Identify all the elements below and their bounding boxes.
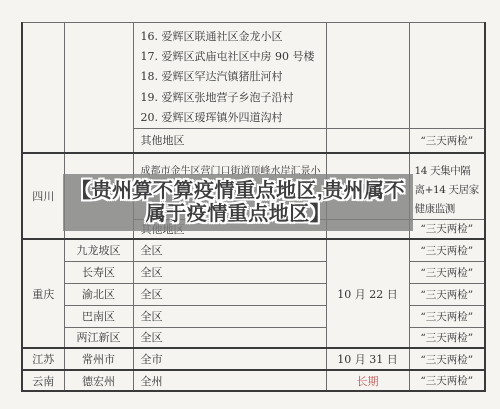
risk-area-cell: 全区 [133,327,326,348]
city-cell: 德宏州 [64,370,133,391]
risk-area-cell: 全区 [133,305,326,327]
measure-cell: “三天两检” [409,283,485,305]
screenshot-root: 16. 爱辉区联通社区金龙小区 17. 爱辉区武庙屯社区中房 90 号楼 18.… [0,0,500,409]
date-cell-empty [326,23,409,129]
caption-line-2: 属于疫情重点地区】 [146,203,331,226]
risk-area-item: 16. 爱辉区联通社区金龙小区 [141,27,323,47]
city-cell: 九龙坡区 [64,239,133,261]
province-cell-sichuan: 四川 [22,153,64,240]
measure-cell: “三天两检” [409,348,485,370]
city-cell: 常州市 [64,348,133,370]
measure-cell: “三天两检” [409,305,485,327]
measure-cell-quarantine: 14 天集中隔离+14 天居家健康监测 [409,153,485,220]
city-cell: 渝北区 [64,283,133,305]
risk-area-cell: 全市 [133,348,326,370]
city-cell: 长寿区 [64,261,133,283]
risk-area-cell: 全区 [133,283,326,305]
risk-area-item: 19. 爱辉区张地营子乡泡子沿村 [141,88,323,108]
risk-area-cell: 全州 [133,370,326,391]
measure-cell: “三天两检” [409,219,485,239]
province-cell-empty [22,23,64,153]
risk-area-cell: 全区 [133,239,326,261]
measure-cell: “三天两检” [409,327,485,348]
city-cell: 两江新区 [64,327,133,348]
other-area-cell: 其他地区 [133,129,326,153]
city-cell: 巴南区 [64,305,133,327]
date-cell-chongqing: 10 月 22 日 [326,239,409,348]
risk-area-item: 20. 爱辉区瑷珲镇外四道沟村 [141,108,323,128]
risk-area-item: 18. 爱辉区罕达汽镇猪肚河村 [141,67,323,87]
province-cell-jiangsu: 江苏 [22,348,64,370]
risk-area-item: 17. 爱辉区武庙屯社区中房 90 号楼 [141,47,323,67]
province-cell-chongqing: 重庆 [22,239,64,348]
measure-cell: “三天两检” [409,129,485,153]
date-cell-yunnan-longterm: 长期 [326,370,409,391]
risk-area-list-cell: 16. 爱辉区联通社区金龙小区 17. 爱辉区武庙屯社区中房 90 号楼 18.… [133,23,326,129]
risk-area-cell: 全区 [133,261,326,283]
date-cell-jiangsu: 10 月 31 日 [326,348,409,370]
measure-cell: “三天两检” [409,370,485,391]
measure-cell: “三天两检” [409,261,485,283]
measure-cell-empty [409,23,485,129]
caption-line-1: 【贵州算不算疫情重点地区,贵州属不 [71,180,405,203]
city-cell-empty [64,23,133,153]
caption-overlay: 【贵州算不算疫情重点地区,贵州属不 属于疫情重点地区】 [63,174,413,231]
date-cell-empty [326,129,409,153]
measure-cell: “三天两检” [409,239,485,261]
province-cell-yunnan: 云南 [22,370,64,391]
